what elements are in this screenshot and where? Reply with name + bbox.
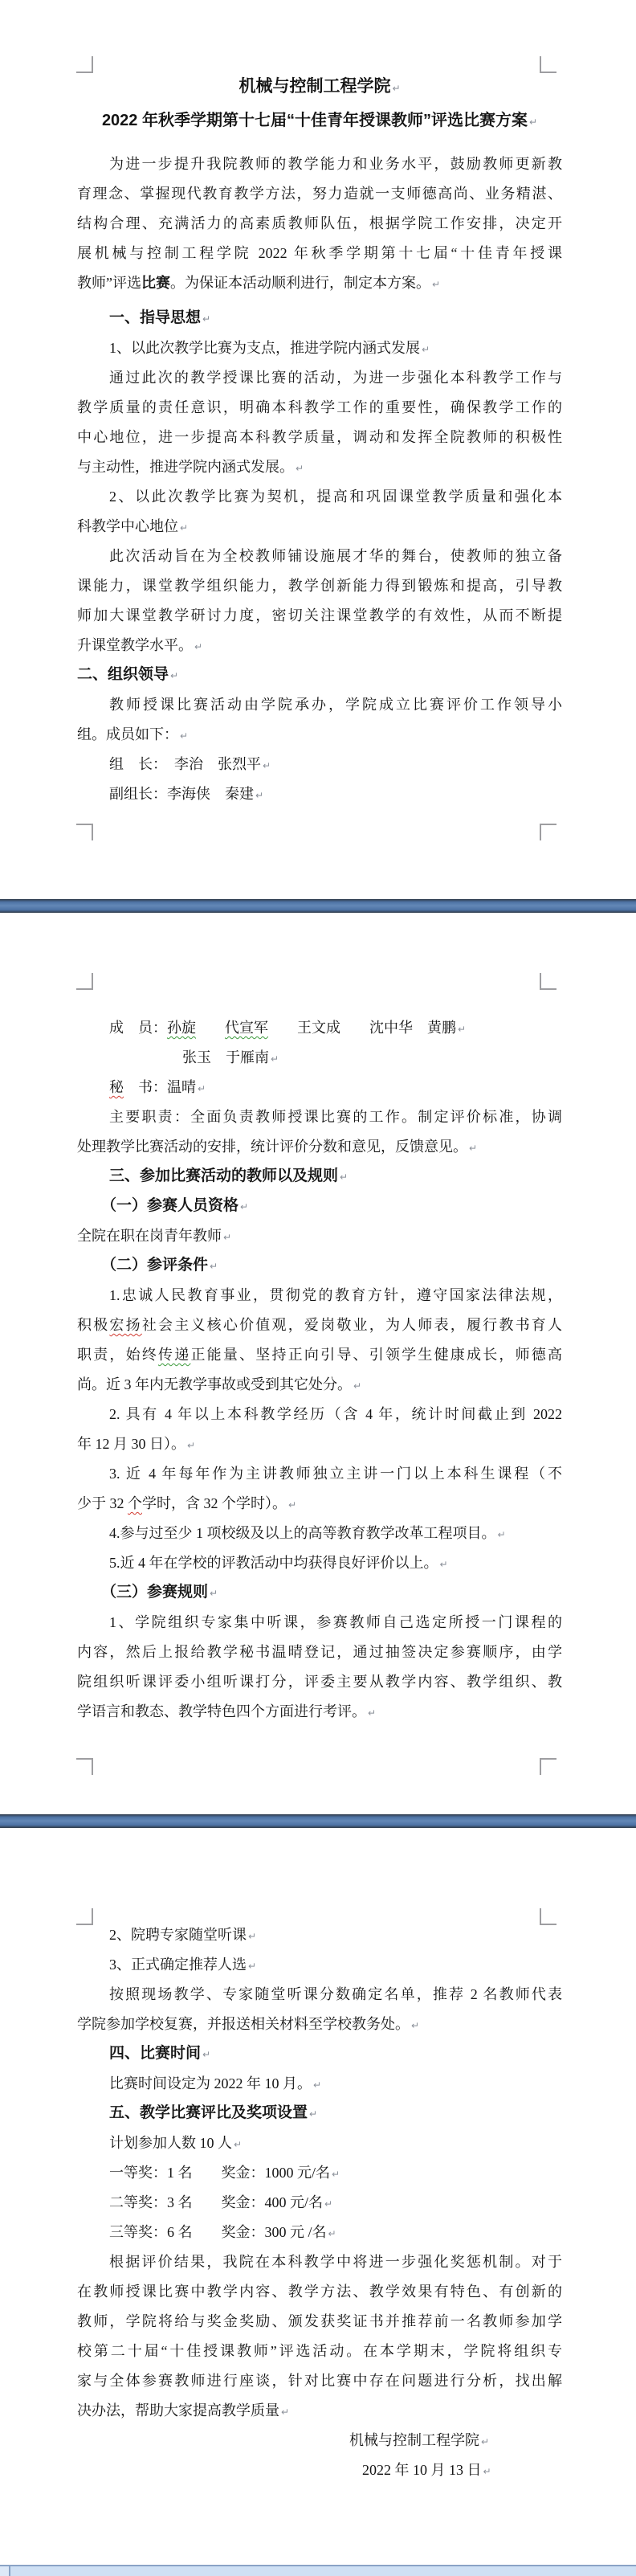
text-segment: 展机械与控制工程学院 2022 年秋季学期第十七届“十佳青年授课 (77, 245, 562, 261)
text-segment: 职责，始终 (77, 1347, 158, 1363)
text-segment: 计划参加人数 10 人 (109, 2135, 232, 2151)
text-line[interactable]: 在教师授课比赛中教学内容、教学方法、教学效果有特色、有创新的 (77, 2281, 562, 2302)
text-segment: 。为保证本活动顺利进行，制定本方案。 (170, 275, 430, 291)
text-line[interactable]: 主要职责：全面负责教师授课比赛的工作。制定评价标准，协调 (77, 1106, 562, 1127)
text-line[interactable]: 尚。近 3 年内无教学事故或受到其它处分。↵ (77, 1374, 562, 1396)
crop-mark-top-right (540, 973, 556, 990)
heading-3-2[interactable]: （二）参评条件↵ (77, 1255, 562, 1277)
text-segment: （三）参赛规则 (101, 1584, 208, 1601)
text-segment: 社会主义核心价值观，爱岗敬业，为人师表，履行教书育人 (142, 1317, 562, 1333)
text-line[interactable]: 3. 近 4 年每年作为主讲教师独立主讲一门以上本科生课程（不 (77, 1463, 562, 1484)
paragraph-mark-icon: ↵ (248, 1931, 256, 1942)
text-line[interactable]: 教师，学院将给与奖金奖励、颁发获奖证书并推荐前一名教师参加学 (77, 2311, 562, 2332)
crop-mark-top-right (540, 1908, 556, 1925)
paragraph-mark-icon: ↵ (458, 1024, 466, 1035)
text-line[interactable]: 2、以此次教学比赛为契机，提高和巩固课堂教学质量和强化本 (77, 486, 562, 507)
crop-mark-top-right (540, 56, 556, 73)
page-separator (0, 899, 636, 913)
text-segment: 升课堂教学水平。 (77, 637, 193, 653)
text-line[interactable]: 1.忠诚人民教育事业，贯彻党的教育方针，遵守国家法律法规， (77, 1285, 562, 1306)
text-segment: 2022 年秋季学期第十七届“十佳青年授课教师”评选比赛方案 (102, 112, 528, 129)
text-segment: （一）参赛人员资格 (101, 1197, 238, 1214)
paragraph-mark-icon: ↵ (332, 2169, 340, 2180)
text-segment: 个 (128, 1495, 142, 1511)
document-canvas: 机械与控制工程学院↵2022 年秋季学期第十七届“十佳青年授课教师”评选比赛方案… (0, 0, 636, 2576)
text-line[interactable]: 一等奖：1 名 奖金：1000 元/名↵ (77, 2162, 562, 2185)
crop-mark-bottom-left (76, 824, 93, 840)
paragraph-mark-icon: ↵ (340, 1171, 348, 1183)
text-line[interactable]: 组。成员如下：↵ (77, 724, 562, 746)
text-line[interactable]: 根据评价结果，我院在本科教学中将进一步强化奖惩机制。对于 (77, 2251, 562, 2272)
text-segment: 家与全体参赛教师进行座谈，针对比赛中存在问题进行分析，找出解 (77, 2373, 562, 2389)
text-segment: 机械与控制工程学院 (349, 2432, 479, 2448)
text-segment: 内容，然后上报给教学秘书温晴登记，通过抽签决定参赛顺序，由学 (77, 1644, 562, 1660)
text-segment: 一等奖：1 名 奖金：1000 元/名 (109, 2165, 330, 2181)
text-segment: 师加大课堂教学研讨力度，密切关注课堂教学的有效性，从而不断提 (77, 607, 562, 624)
text-segment: 比赛 (141, 275, 170, 291)
crop-mark-bottom-left (76, 1758, 93, 1775)
paragraph-mark-icon: ↵ (202, 2049, 210, 2060)
text-segment: 2、院聘专家随堂听课 (109, 1927, 247, 1943)
page-separator (0, 1814, 636, 1828)
text-line[interactable]: 2、院聘专家随堂听课↵ (77, 1924, 562, 1947)
text-segment (196, 1020, 225, 1036)
text-segment: 为进一步提升我院教师的教学能力和业务水平，鼓励教师更新教 (109, 156, 562, 172)
text-segment: 尚。近 3 年内无教学事故或受到其它处分。 (77, 1376, 352, 1392)
paragraph-mark-icon: ↵ (194, 641, 202, 652)
paragraph-mark-icon: ↵ (296, 463, 304, 474)
text-line[interactable]: 教师授课比赛活动由学院承办，学院成立比赛评价工作领导小 (77, 694, 562, 715)
text-line[interactable]: 升课堂教学水平。↵ (77, 635, 562, 657)
paragraph-mark-icon: ↵ (210, 1588, 218, 1599)
text-line[interactable]: 5.近 4 年在学校的评教活动中均获得良好评价以上。↵ (77, 1552, 562, 1575)
page-3[interactable]: 2、院聘专家随堂听课↵3、正式确定推荐人选↵按照现场教学、专家随堂听课分数确定名… (0, 1828, 636, 2565)
paragraph-mark-icon: ↵ (498, 1529, 506, 1540)
heading-4[interactable]: 四、比赛时间↵ (77, 2043, 562, 2065)
text-line[interactable]: 按照现场教学、专家随堂听课分数确定名单，推荐 2 名教师代表 (77, 1984, 562, 2005)
doc-subtitle[interactable]: 2022 年秋季学期第十七届“十佳青年授课教师”评选比赛方案↵ (77, 110, 562, 133)
paragraph-mark-icon: ↵ (202, 313, 210, 325)
paragraph-mark-icon: ↵ (353, 1380, 361, 1392)
text-line[interactable]: 少于 32 个学时，含 32 个学时）。↵ (77, 1493, 562, 1515)
text-line[interactable]: 展机械与控制工程学院 2022 年秋季学期第十七届“十佳青年授课 (77, 243, 562, 264)
text-segment: 科教学中心地位 (77, 518, 178, 534)
text-line[interactable]: 比赛时间设定为 2022 年 10 月。↵ (77, 2073, 562, 2096)
text-line[interactable]: 副组长：李海侠 秦建↵ (77, 783, 562, 806)
text-line[interactable]: 此次活动旨在为全校教师铺设施展才华的舞台，使教师的独立备 (77, 546, 562, 566)
signature-date[interactable]: 2022 年 10 月 13 日↵ (362, 2459, 491, 2482)
text-segment: 此次活动旨在为全校教师铺设施展才华的舞台，使教师的独立备 (109, 548, 562, 564)
text-line[interactable]: 组 长： 李治 张烈平↵ (77, 754, 562, 776)
text-segment: 积极 (77, 1317, 109, 1333)
text-segment: 代宣军 (225, 1020, 268, 1036)
text-segment: 二、组织领导 (77, 666, 169, 683)
text-line[interactable]: 学语言和教态、教学特色四个方面进行考评。↵ (77, 1701, 562, 1723)
text-segment: 三、参加比赛活动的教师以及规则 (109, 1167, 338, 1184)
scrollbar-thumb[interactable] (0, 2566, 10, 2576)
text-line[interactable]: 教学质量的责任意识，明确本科教学工作的重要性，确保教学工作的 (77, 397, 562, 418)
text-segment: 学语言和教态、教学特色四个方面进行考评。 (77, 1703, 366, 1719)
text-segment: 五、教学比赛评比及奖项设置 (109, 2104, 308, 2121)
text-segment: （二）参评条件 (101, 1257, 208, 1274)
text-line[interactable]: 职责，始终传递正能量、坚持正向引导、引领学生健康成长，师德高 (77, 1344, 562, 1365)
crop-mark-top-left (76, 973, 93, 990)
paragraph-mark-icon: ↵ (180, 522, 188, 534)
paragraph-mark-icon: ↵ (432, 279, 440, 290)
text-segment: 1、学院组织专家集中听课，参赛教师自己选定所授一门课程的 (109, 1614, 562, 1630)
crop-mark-top-left (76, 1908, 93, 1925)
text-line[interactable]: 全院在职在岗青年教师↵ (77, 1225, 562, 1248)
text-segment: 传递 (158, 1347, 190, 1363)
text-segment: 3. 近 4 年每年作为主讲教师独立主讲一门以上本科生课程（不 (109, 1466, 562, 1482)
horizontal-scrollbar[interactable] (0, 2565, 636, 2576)
text-line[interactable]: 为进一步提升我院教师的教学能力和业务水平，鼓励教师更新教 (77, 153, 562, 174)
crop-mark-bottom-right (540, 824, 556, 840)
text-segment: 组 长： 李治 张烈平 (109, 756, 261, 772)
text-segment: 二等奖：3 名 奖金：400 元/名 (109, 2194, 323, 2210)
text-segment: 2、以此次教学比赛为契机，提高和巩固课堂教学质量和强化本 (109, 489, 562, 505)
text-segment: 处理教学比赛活动的安排，统计评价分数和意见，反馈意见。 (77, 1139, 467, 1155)
text-segment: 根据评价结果，我院在本科教学中将进一步强化奖惩机制。对于 (109, 2254, 562, 2270)
text-line[interactable]: 4.参与过至少 1 项校级及以上的高等教育教学改革工程项目。↵ (77, 1523, 562, 1545)
text-segment: 全院在职在岗青年教师 (77, 1228, 222, 1244)
text-line[interactable]: 秘 书：温晴↵ (77, 1077, 562, 1099)
text-segment: 1、以此次教学比赛为支点，推进学院内涵式发展 (109, 340, 420, 356)
text-segment: 张玉 于雁南 (182, 1049, 269, 1065)
text-segment: 2. 具有 4 年以上本科教学经历（含 4 年，统计时间截止到 2022 (109, 1406, 562, 1422)
text-line[interactable]: 张玉 于雁南↵ (182, 1047, 279, 1069)
text-segment: 按照现场教学、专家随堂听课分数确定名单，推荐 2 名教师代表 (109, 1986, 562, 2002)
text-segment: 孙旋 (167, 1020, 196, 1036)
paragraph-mark-icon: ↵ (198, 1083, 206, 1094)
text-segment: 育理念、掌握现代教育教学方法，努力造就一支师德高尚、业务精湛、 (77, 186, 562, 202)
text-line[interactable]: 三等奖：6 名 奖金：300 元 /名↵ (77, 2222, 562, 2244)
text-line[interactable]: 院组织听课评委小组听课打分，评委主要从教学内容、教学组织、教 (77, 1671, 562, 1692)
text-segment: 与主动性，推进学院内涵式发展。 (77, 459, 294, 475)
text-line[interactable]: 年 12 月 30 日）。↵ (77, 1433, 562, 1456)
text-line[interactable]: 师加大课堂教学研讨力度，密切关注课堂教学的有效性，从而不断提 (77, 605, 562, 626)
paragraph-mark-icon: ↵ (440, 1559, 448, 1570)
text-segment: 课能力，课堂教学组织能力，教学创新能力得到锻炼和提高，引导教 (77, 578, 562, 594)
text-line[interactable]: 1、以此次教学比赛为支点，推进学院内涵式发展↵ (77, 337, 562, 360)
paragraph-mark-icon: ↵ (411, 2020, 419, 2031)
text-segment: 教学质量的责任意识，明确本科教学工作的重要性，确保教学工作的 (77, 399, 562, 415)
text-line[interactable]: 学院参加学校复赛，并报送相关材料至学校教务处。↵ (77, 2014, 562, 2036)
text-line[interactable]: 与主动性，推进学院内涵式发展。↵ (77, 456, 562, 479)
text-segment: 通过此次的教学授课比赛的活动，为进一步强化本科教学工作与 (109, 370, 562, 386)
crop-mark-top-left (76, 56, 93, 73)
text-segment: 三等奖：6 名 奖金：300 元 /名 (109, 2224, 327, 2240)
text-line[interactable]: 处理教学比赛活动的安排，统计评价分数和意见，反馈意见。↵ (77, 1136, 562, 1159)
paragraph-mark-icon: ↵ (392, 83, 400, 94)
paragraph-mark-icon: ↵ (422, 344, 430, 355)
text-segment: 四、比赛时间 (109, 2045, 201, 2062)
text-segment: 秘 (109, 1079, 124, 1095)
text-segment: 结构合理、充满活力的高素质教师队伍，根据学院工作安排，决定开 (77, 215, 562, 231)
text-line[interactable]: 课能力，课堂教学组织能力，教学创新能力得到锻炼和提高，引导教 (77, 575, 562, 596)
text-line[interactable]: 2. 具有 4 年以上本科教学经历（含 4 年，统计时间截止到 2022 (77, 1404, 562, 1425)
text-segment: 决办法，帮助大家提高教学质量 (77, 2402, 279, 2419)
paragraph-mark-icon: ↵ (240, 1201, 248, 1212)
paragraph-mark-icon: ↵ (263, 760, 271, 771)
text-segment: 教师”评选 (77, 275, 141, 291)
text-segment: 正能量、坚持正向引导、引领学生健康成长，师德高 (190, 1347, 562, 1363)
heading-3[interactable]: 三、参加比赛活动的教师以及规则↵ (77, 1166, 562, 1188)
paragraph-mark-icon: ↵ (313, 2079, 321, 2091)
text-line[interactable]: 内容，然后上报给教学秘书温晴登记，通过抽签决定参赛顺序，由学 (77, 1642, 562, 1662)
paragraph-mark-icon: ↵ (248, 1961, 256, 1972)
text-segment: 机械与控制工程学院 (238, 77, 390, 96)
text-segment: 副组长：李海侠 秦建 (109, 786, 254, 802)
text-segment: 年 12 月 30 日）。 (77, 1436, 185, 1452)
text-line[interactable]: 计划参加人数 10 人↵ (77, 2132, 562, 2155)
text-line[interactable]: 中心地位，进一步提高本科教学质量，调动和发挥全院教师的积极性 (77, 427, 562, 448)
text-segment: 校第二十届“十佳授课教师”评选活动。在本学期末，学院将组织专 (77, 2343, 562, 2359)
paragraph-mark-icon: ↵ (210, 1261, 218, 1272)
text-line[interactable]: 校第二十届“十佳授课教师”评选活动。在本学期末，学院将组织专 (77, 2341, 562, 2361)
signature-org[interactable]: 机械与控制工程学院↵ (349, 2430, 489, 2452)
heading-5[interactable]: 五、教学比赛评比及奖项设置↵ (77, 2103, 562, 2124)
paragraph-mark-icon: ↵ (223, 1232, 231, 1243)
doc-title[interactable]: 机械与控制工程学院↵ (77, 76, 562, 99)
text-segment: 学院参加学校复赛，并报送相关材料至学校教务处。 (77, 2016, 410, 2032)
heading-2[interactable]: 二、组织领导↵ (77, 664, 562, 686)
paragraph-mark-icon: ↵ (483, 2466, 491, 2477)
paragraph-mark-icon: ↵ (271, 1053, 279, 1065)
text-line[interactable]: 成 员：孙旋 代宣军 王文成 沈中华 黄鹏↵ (77, 1017, 562, 1040)
paragraph-mark-icon: ↵ (469, 1143, 477, 1154)
text-line[interactable]: 家与全体参赛教师进行座谈，针对比赛中存在问题进行分析，找出解 (77, 2370, 562, 2391)
text-segment: 学时，含 32 个学时）。 (142, 1495, 287, 1511)
text-segment: 少于 32 (77, 1495, 128, 1511)
text-line[interactable]: 结构合理、充满活力的高素质教师队伍，根据学院工作安排，决定开 (77, 213, 562, 234)
paragraph-mark-icon: ↵ (309, 2108, 317, 2120)
paragraph-mark-icon: ↵ (288, 1499, 296, 1511)
text-line[interactable]: 积极宏扬社会主义核心价值观，爱岗敬业，为人师表，履行教书育人 (77, 1315, 562, 1335)
paragraph-mark-icon: ↵ (529, 117, 537, 128)
text-segment: 比赛时间设定为 2022 年 10 月。 (109, 2075, 312, 2091)
paragraph-mark-icon: ↵ (368, 1707, 376, 1719)
text-segment: 教师，学院将给与奖金奖励、颁发获奖证书并推荐前一名教师参加学 (77, 2313, 562, 2329)
paragraph-mark-icon: ↵ (180, 730, 188, 742)
text-line[interactable]: 通过此次的教学授课比赛的活动，为进一步强化本科教学工作与 (77, 367, 562, 388)
text-segment: 主要职责：全面负责教师授课比赛的工作。制定评价标准，协调 (109, 1109, 562, 1125)
paragraph-mark-icon: ↵ (481, 2436, 489, 2447)
text-segment: 书：温晴 (124, 1079, 196, 1095)
text-segment: 一、指导思想 (109, 309, 201, 326)
text-segment: 院组织听课评委小组听课打分，评委主要从教学内容、教学组织、教 (77, 1674, 562, 1690)
text-line[interactable]: 育理念、掌握现代教育教学方法，努力造就一支师德高尚、业务精湛、 (77, 183, 562, 204)
paragraph-mark-icon: ↵ (234, 2139, 242, 2150)
text-segment: 王文成 沈中华 黄鹏 (268, 1020, 456, 1036)
paragraph-mark-icon: ↵ (328, 2228, 336, 2239)
text-line[interactable]: 3、正式确定推荐人选↵ (77, 1954, 562, 1977)
heading-3-1[interactable]: （一）参赛人员资格↵ (77, 1196, 562, 1217)
text-line[interactable]: 决办法，帮助大家提高教学质量↵ (77, 2400, 562, 2423)
text-segment: 教师授课比赛活动由学院承办，学院成立比赛评价工作领导小 (109, 697, 562, 713)
text-segment: 1.忠诚人民教育事业，贯彻党的教育方针，遵守国家法律法规， (109, 1287, 562, 1303)
paragraph-mark-icon: ↵ (324, 2198, 332, 2210)
text-segment: 宏扬 (109, 1317, 141, 1333)
paragraph-mark-icon: ↵ (281, 2406, 289, 2418)
paragraph-mark-icon: ↵ (170, 670, 178, 681)
text-line[interactable]: 1、学院组织专家集中听课，参赛教师自己选定所授一门课程的 (77, 1612, 562, 1633)
heading-3-3[interactable]: （三）参赛规则↵ (77, 1582, 562, 1604)
text-segment: 3、正式确定推荐人选 (109, 1957, 247, 1973)
text-segment: 2022 年 10 月 13 日 (362, 2462, 482, 2478)
crop-mark-bottom-right (540, 1758, 556, 1775)
paragraph-mark-icon: ↵ (255, 790, 263, 801)
text-line[interactable]: 科教学中心地位↵ (77, 516, 562, 538)
heading-1[interactable]: 一、指导思想↵ (77, 308, 562, 329)
page-2[interactable]: 成 员：孙旋 代宣军 王文成 沈中华 黄鹏↵张玉 于雁南↵秘 书：温晴↵主要职责… (0, 913, 636, 1814)
text-segment: 成 员： (109, 1020, 167, 1036)
text-line[interactable]: 教师”评选比赛。为保证本活动顺利进行，制定本方案。↵ (77, 272, 562, 295)
paragraph-mark-icon: ↵ (187, 1440, 195, 1451)
text-segment: 在教师授课比赛中教学内容、教学方法、教学效果有特色、有创新的 (77, 2284, 562, 2300)
text-segment: 组。成员如下： (77, 726, 178, 742)
text-segment: 4.参与过至少 1 项校级及以上的高等教育教学改革工程项目。 (109, 1525, 496, 1541)
page-1[interactable]: 机械与控制工程学院↵2022 年秋季学期第十七届“十佳青年授课教师”评选比赛方案… (0, 0, 636, 899)
text-segment: 中心地位，进一步提高本科教学质量，调动和发挥全院教师的积极性 (77, 429, 562, 445)
text-line[interactable]: 二等奖：3 名 奖金：400 元/名↵ (77, 2192, 562, 2214)
text-segment: 5.近 4 年在学校的评教活动中均获得良好评价以上。 (109, 1555, 438, 1571)
